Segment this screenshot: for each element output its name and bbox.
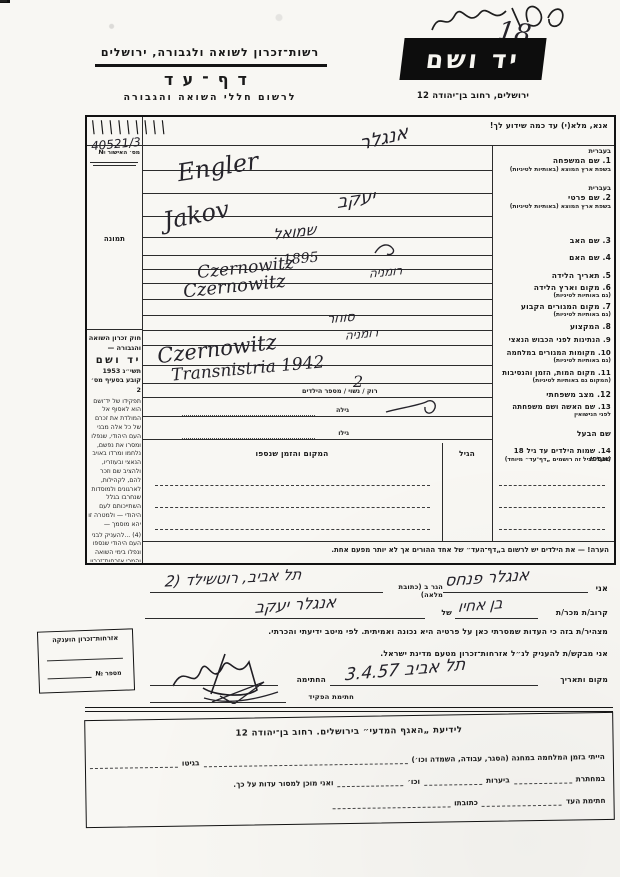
husband-age-label: גילו — [319, 430, 349, 437]
field-2-label: 2. שם פרטי — [495, 194, 611, 203]
field-3-value: שמואל — [273, 220, 316, 243]
place-column-header: המקום והזמן שנספו — [142, 450, 442, 459]
age-column-header: הגיל — [442, 450, 492, 459]
field-13-scribble — [382, 394, 442, 420]
forests-label: ביערות — [486, 775, 510, 784]
law-year: תשי״ג 1953 — [88, 367, 141, 377]
relation-label: קרוב/ת מכר/ת — [556, 609, 608, 618]
memorial-authority-line: רשות־זכרון לשואה ולגבורה, ירושלים — [40, 47, 380, 60]
declarant-prefix: אני — [596, 584, 608, 593]
field-6-sub-label: (גם באותיות לטיניות) — [495, 293, 611, 299]
ghetto-fill-line — [90, 758, 178, 769]
underground-fill-line — [514, 774, 572, 785]
witness-signature-label: חתימת העד — [566, 796, 606, 806]
field-2-value-hebrew: יעקב — [337, 186, 375, 213]
husband-name-label: שם הבעל — [495, 430, 611, 439]
header-underline — [95, 64, 327, 67]
field-1-value-hebrew: אנגלר — [359, 121, 409, 155]
children-names-subheader: (מעל לגיל זה רושמים „דף־עד״ מיוחד) — [495, 457, 611, 463]
relation-value: בן אחיו — [457, 594, 503, 616]
field-13-sub-label: לפני הנישואין — [495, 412, 611, 418]
field-4-label: 4. שם האם — [495, 254, 611, 263]
testimony-form: אנא, מלא(י) עד כמה שידוע לך! ||||||||| מ… — [85, 115, 616, 565]
forests-fill-line — [424, 775, 482, 786]
field-8-label: 8. המקצוע — [495, 323, 611, 332]
yad-vashem-logo: יד ושם — [399, 38, 546, 80]
field-10-label: 10. מקומות המגורים במלחמה — [495, 349, 611, 357]
field-13-label: 13. שם האשה ושם משפחתה — [495, 403, 611, 411]
field-4-scribble — [373, 241, 399, 257]
declarant-name: אנגלר פנחס — [444, 565, 530, 590]
testify-statement: ואני מוכן למסור עדות על כך. — [233, 778, 333, 789]
field-1-value-latin: Engler — [175, 147, 260, 187]
field-2-sub-label: בשפת ארץ המוצא (באותיות לטיניות) — [495, 204, 611, 210]
field-9-value: רומניה — [345, 325, 379, 343]
field-1-language-label: בעברית — [495, 148, 611, 155]
citizenship-number-label: מספר № — [95, 669, 129, 677]
field-5-label: 5. תאריך הלידה — [495, 272, 611, 281]
law-section: קובע בסעיף מס׳ 2 — [88, 376, 141, 395]
scan-artifact — [0, 0, 7, 2]
info-section-title: לידיעת „האגף המדעי״ בירושלים. רחוב בן־יה… — [85, 723, 612, 741]
photo-placeholder-label: תמונה — [87, 235, 142, 243]
form-title: דף־עד — [40, 70, 380, 89]
of-label: של — [428, 609, 452, 618]
field-2-language-label: בעברית — [495, 185, 611, 192]
field-2-value-latin: Jakov — [161, 195, 232, 235]
field-10-sub-label: (גם באותיות לטיניות) — [495, 358, 611, 364]
underground-label: במחתרת — [576, 774, 606, 783]
place-date-value: תל אביב 3.4.57 — [344, 655, 466, 686]
field-8-value: סוחר — [327, 310, 355, 328]
clerk-signature-scribble — [200, 678, 284, 704]
declaration-statement: מצהיר/ת בזה כי העדות שמסרתי כאן על פרטיה… — [138, 628, 608, 637]
form-subtitle: לרשום חללי השואה והגבורה — [40, 92, 380, 103]
law-sidebar: חוק זכרון השואה והגבורה — יד ושם תשי״ג 1… — [88, 334, 141, 562]
deceased-name: אנגלר יעקב — [254, 592, 337, 617]
ghetto-label: בגיטו — [182, 758, 200, 767]
field-12-value: 2 — [353, 372, 363, 391]
field-1-label: 1. שם המשפחה — [495, 157, 611, 166]
field-3-label: 3. שם האב — [495, 237, 611, 246]
page-of-testimony-scan: 18 רשות־זכרון לשואה ולגבורה, ירושלים דף־… — [0, 0, 620, 877]
camps-fill-line — [203, 754, 407, 767]
signature-label: החתימה — [282, 676, 326, 685]
wife-age-label: גילה — [319, 407, 349, 414]
clerk-signature-label: חתימת הפקיד — [288, 694, 354, 702]
scientific-division-section: לידיעת „האגף המדעי״ בירושלים. רחוב בן־יה… — [84, 712, 615, 828]
law-heading: חוק זכרון השואה והגבורה — — [88, 334, 141, 354]
field-11-sub-label: (המקום גם באותיות לטיניות) — [495, 378, 611, 384]
fill-instruction: אנא, מלא(י) עד כמה שידוע לך! — [490, 122, 608, 131]
etc-fill-line — [337, 776, 403, 787]
citizenship-box-title: אזרחות־זכרון הוענקה — [38, 633, 132, 644]
field-12-label: 12. מצב משפחתי — [495, 391, 611, 400]
field-7-label: 7. מקום המגורים הקבוע — [495, 303, 611, 312]
field-6-value-hebrew: רומניה — [369, 263, 403, 281]
field-11-label: 11. מקום המות, הזמן והנסיבות — [495, 369, 611, 377]
field-6-label: 6. מקום וארץ הלידה — [495, 284, 611, 293]
field-9-label: 9. הנתינות לפני הכבוש הנאצי — [495, 336, 611, 344]
residence-address: תל אביב, רוטשילד (2 — [164, 565, 303, 590]
tally-marks: ||||||||| — [90, 119, 142, 135]
witness-signature-fill — [482, 796, 562, 807]
residence-label: הגר ב (כתובת מלאה) — [385, 584, 443, 599]
field-7-sub-label: (גם באותיות לטיניות) — [495, 312, 611, 318]
citizenship-granted-box: אזרחות־זכרון הוענקה מספר № — [37, 628, 135, 693]
office-address: ירושלים, רחוב בן־יהודה 12 — [398, 92, 548, 102]
law-clause: (4) ...להעניק לבני העם היהודי שנספו ונפל… — [88, 532, 141, 562]
section-divider — [85, 707, 613, 712]
children-note: הערה! — את הילדים יש לרשום ב„דף־העד״ של … — [147, 546, 609, 554]
law-body: תפקידו של יד־ושם הוא לאסוף אל המולדת את … — [88, 398, 141, 530]
field-1-sub-label: בשפת ארץ המוצא (באותיות לטיניות) — [495, 167, 611, 173]
witness-address-label: כתובתו — [454, 798, 478, 807]
witness-address-fill — [332, 797, 450, 809]
place-date-label: מקום ותאריך — [560, 676, 608, 685]
etc-label: וכו׳ — [407, 777, 420, 786]
camps-label: הייתי בזמן המלחמה במחנה (הסגר, עבודה, הש… — [411, 752, 605, 764]
law-logo-text: יד ושם — [88, 354, 141, 367]
